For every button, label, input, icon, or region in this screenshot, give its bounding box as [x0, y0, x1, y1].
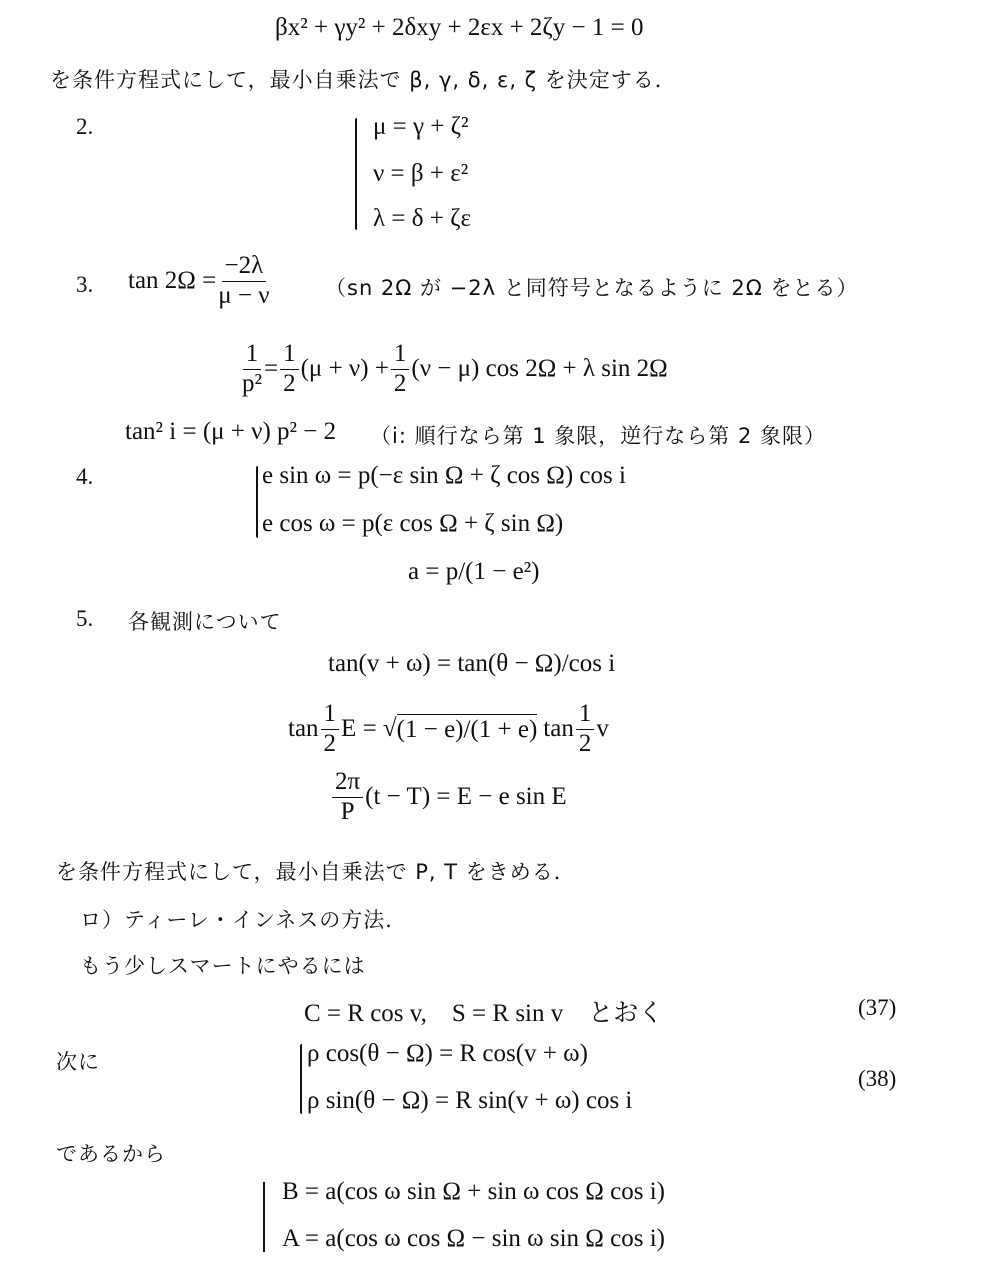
equation-number-38: (38): [858, 1066, 896, 1092]
tan-label: tan: [543, 715, 574, 743]
fraction-numerator: 2π: [332, 768, 363, 798]
fraction-numerator: 1: [576, 700, 595, 730]
equation-part: E = √: [341, 715, 397, 743]
step2-line-3: λ = δ + ζε: [373, 205, 471, 233]
step4-line-1: e sin ω = p(−ε sin Ω + ζ cos Ω) cos i: [262, 462, 626, 490]
paragraph-condition-1: を条件方程式にして，最小自乗法で β, γ, δ, ε, ζ を決定する．: [50, 64, 677, 94]
note-sign: （sn 2Ω が −2λ と同符号となるように 2Ω をとる）: [325, 272, 859, 302]
section-thiele-innes: ロ）ティーレ・インネスの方法．: [80, 904, 407, 934]
equation-part: (ν − μ) cos 2Ω + λ sin 2Ω: [411, 355, 667, 383]
step5-intro: 各観測について: [128, 606, 282, 636]
equation-part: v: [596, 715, 609, 743]
equation-tan2i: tan² i = (μ + ν) p² − 2: [125, 418, 336, 446]
fraction-denominator: 2: [283, 370, 296, 399]
fraction-numerator: 1: [243, 340, 262, 370]
tan-label: tan: [288, 715, 319, 743]
paragraph-condition-2: を条件方程式にして，最小自乗法で P, T をきめる．: [56, 856, 576, 886]
equation-B: B = a(cos ω sin Ω + sin ω cos Ω cos i): [282, 1178, 665, 1206]
equation-tan-half-E: tan 12 E = √ (1 − e)/(1 + e) tan 12 v: [288, 700, 609, 759]
equation-tan-v-omega: tan(v + ω) = tan(θ − Ω)/cos i: [328, 650, 615, 678]
fraction-numerator: 1: [280, 340, 299, 370]
tan2omega-lhs: tan 2Ω =: [128, 267, 216, 295]
step-2-label: 2.: [76, 114, 93, 140]
fraction-denominator: μ − ν: [218, 282, 269, 311]
note-quadrant: （i: 順行なら第 1 象限，逆行なら第 2 象限）: [370, 420, 826, 450]
step4-line-2: e cos ω = p(ε cos Ω + ζ sin Ω): [262, 510, 563, 538]
fraction-denominator: P: [341, 798, 355, 827]
fraction-numerator: −2λ: [222, 252, 267, 282]
fraction-denominator: 2: [324, 730, 337, 759]
equation-number-37: (37): [858, 995, 896, 1021]
equation-part: (t − T) = E − e sin E: [365, 783, 567, 811]
equation-conic: βx² + γy² + 2δxy + 2εx + 2ζy − 1 = 0: [275, 14, 643, 42]
sqrt-radicand: (1 − e)/(1 + e): [397, 714, 538, 744]
brace-step4: [256, 466, 258, 538]
fraction-denominator: 2: [394, 370, 407, 399]
brace-step2: [355, 118, 357, 230]
fraction-denominator: 2: [579, 730, 592, 759]
fraction-numerator: 1: [321, 700, 340, 730]
eq38-line-1: ρ cos(θ − Ω) = R cos(v + ω): [307, 1040, 588, 1068]
equation-tan2omega: tan 2Ω = −2λμ − ν: [128, 252, 272, 311]
text-next: 次に: [56, 1046, 100, 1076]
brace-eq38: [300, 1044, 302, 1114]
fraction-denominator: p²: [242, 370, 262, 399]
step-4-label: 4.: [76, 464, 93, 490]
step2-line-2: ν = β + ε²: [373, 160, 468, 188]
equation-A: A = a(cos ω cos Ω − sin ω sin Ω cos i): [282, 1225, 665, 1253]
equation-part: (μ + ν) +: [301, 355, 389, 383]
step-5-label: 5.: [76, 606, 93, 632]
step2-line-1: μ = γ + ζ²: [373, 113, 469, 141]
equation-inverse-p2: 1p² = 12 (μ + ν) + 12 (ν − μ) cos 2Ω + λ…: [240, 340, 668, 399]
equation-37: C = R cos v, S = R sin v とおく: [304, 993, 663, 1029]
step-3-label: 3.: [76, 272, 93, 298]
text-therefore: であるから: [56, 1138, 166, 1168]
equation-semimajor-axis: a = p/(1 − e²): [408, 558, 539, 586]
eq38-line-2: ρ sin(θ − Ω) = R sin(v + ω) cos i: [307, 1087, 632, 1115]
fraction-numerator: 1: [391, 340, 410, 370]
paragraph-smarter: もう少しスマートにやるには: [80, 950, 366, 980]
equation-kepler: 2πP (t − T) = E − e sin E: [330, 768, 567, 827]
brace-eqBA: [263, 1182, 265, 1252]
